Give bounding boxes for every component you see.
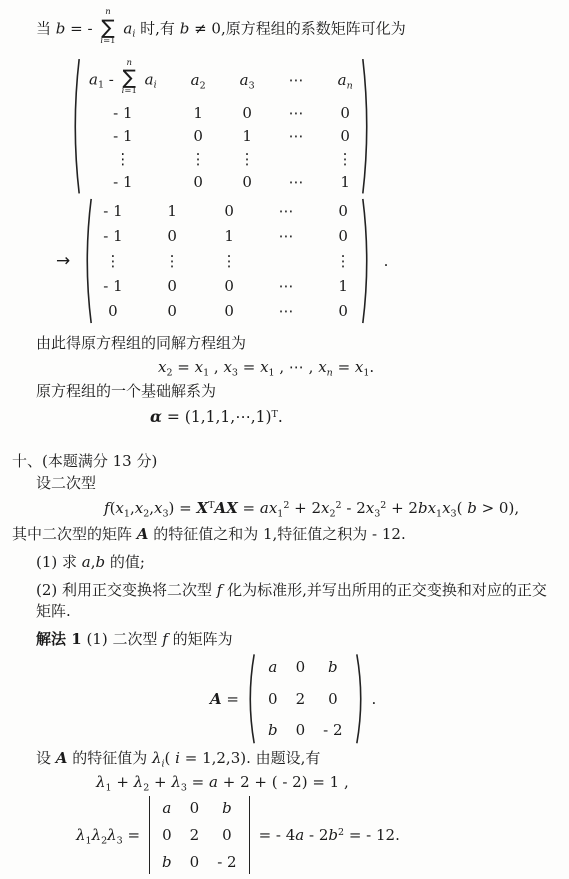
matrix-cell: ⋮ bbox=[165, 252, 180, 270]
matrix-original: a1 - n∑i=1 aia2a3⋯an- 110⋯0- 101⋯0⋮⋮⋮⋮- … bbox=[70, 57, 372, 196]
matrix-cell: 0 bbox=[190, 853, 200, 871]
equation-basis: α = (1,1,1,⋯,1)T. bbox=[150, 406, 557, 428]
solution-text: (1) 二次型 f 的矩阵为 bbox=[82, 630, 233, 648]
matrix-cell: - 2 bbox=[217, 853, 236, 871]
matrix-cell: 0 bbox=[296, 658, 306, 676]
scanned-math-page: 当 b = - n∑i=1 ai 时,有 b ≠ 0,原方程组的系数矩阵可化为 … bbox=[0, 0, 569, 874]
matrix-cell: a1 - n∑i=1 ai bbox=[89, 61, 157, 100]
matrix-cell: a3 bbox=[240, 71, 255, 89]
matrix-cell: 2 bbox=[296, 690, 306, 708]
matrix-cell: - 1 bbox=[103, 202, 122, 220]
matrix-cell: 0 bbox=[242, 173, 252, 191]
para-eigenvalues: 设 A 的特征值为 λi( i = 1,2,3). 由题设,有 bbox=[12, 748, 557, 770]
matrix-cell: 1 bbox=[224, 227, 234, 245]
matrix-reduced-cells: - 110⋯0- 101⋯0⋮⋮⋮⋮- 100⋯1000⋯0 bbox=[93, 197, 360, 325]
display-matrix-reduced: → - 110⋯0- 101⋯0⋮⋮⋮⋮- 100⋯1000⋯0 . bbox=[56, 197, 557, 325]
matrix-cell: 0 bbox=[167, 227, 177, 245]
matrix-reduced: - 110⋯0- 101⋯0⋮⋮⋮⋮- 100⋯1000⋯0 bbox=[82, 197, 371, 325]
matrix-cell: ⋮ bbox=[222, 252, 237, 270]
matrix-cell: - 1 bbox=[113, 173, 132, 191]
para-solution: 解法 1 (1) 二次型 f 的矩阵为 bbox=[12, 629, 557, 651]
matrix-cell: ⋮ bbox=[338, 150, 353, 168]
matrix-cell: 1 bbox=[338, 277, 348, 295]
matrix-cell: 0 bbox=[338, 227, 348, 245]
matrix-cell: 0 bbox=[193, 127, 203, 145]
matrix-cell: 0 bbox=[338, 202, 348, 220]
matrix-period: . bbox=[384, 252, 389, 270]
matrix-cell: 1 bbox=[242, 127, 252, 145]
matrix-cell: 0 bbox=[193, 173, 203, 191]
matrix-A-lhs: A = bbox=[210, 690, 239, 708]
matrix-original-cells: a1 - n∑i=1 aia2a3⋯an- 110⋯0- 101⋯0⋮⋮⋮⋮- … bbox=[81, 57, 361, 196]
matrix-A: a0b020b0- 2 bbox=[245, 653, 366, 745]
matrix-cell: 0 bbox=[167, 302, 177, 320]
matrix-cell: 0 bbox=[340, 104, 350, 122]
matrix-cell: 0 bbox=[340, 127, 350, 145]
matrix-cell: - 1 bbox=[113, 104, 132, 122]
para-part2: (2) 利用正交变换将二次型 f 化为标准形,并写出所用的正交变换和对应的正交矩… bbox=[12, 580, 557, 624]
matrix-cell: 0 bbox=[224, 277, 234, 295]
matrix-cell: ⋮ bbox=[191, 150, 206, 168]
matrix-cell: ⋯ bbox=[289, 173, 304, 191]
matrix-A-period: . bbox=[372, 690, 377, 708]
matrix-cell: b bbox=[328, 658, 338, 676]
matrix-cell: ⋯ bbox=[279, 227, 294, 245]
left-paren-icon bbox=[245, 653, 256, 745]
matrix-cell: 1 bbox=[340, 173, 350, 191]
matrix-cell: 0 bbox=[296, 721, 306, 739]
para-condition: 当 b = - n∑i=1 ai 时,有 b ≠ 0,原方程组的系数矩阵可化为 bbox=[12, 10, 557, 49]
eigen-product-lhs: λ1λ2λ3 = bbox=[76, 826, 140, 844]
matrix-cell: - 2 bbox=[323, 721, 342, 739]
left-paren-icon bbox=[82, 197, 93, 325]
matrix-cell: 0 bbox=[242, 104, 252, 122]
matrix-cell: a2 bbox=[191, 71, 206, 89]
matrix-A-cells: a0b020b0- 2 bbox=[256, 653, 355, 745]
matrix-cell: a bbox=[162, 799, 171, 817]
matrix-cell: an bbox=[338, 71, 353, 89]
matrix-cell: ⋮ bbox=[115, 150, 130, 168]
display-matrix-original: a1 - n∑i=1 aia2a3⋯an- 110⋯0- 101⋯0⋮⋮⋮⋮- … bbox=[70, 57, 557, 196]
matrix-cell: b bbox=[162, 853, 172, 871]
matrix-cell: 2 bbox=[190, 826, 200, 844]
matrix-cell: ⋯ bbox=[279, 202, 294, 220]
matrix-cell: 0 bbox=[222, 826, 232, 844]
matrix-cell: ⋮ bbox=[336, 252, 351, 270]
para-part1: (1) 求 a,b 的值; bbox=[12, 552, 557, 574]
matrix-cell: 0 bbox=[167, 277, 177, 295]
solution-label: 解法 1 bbox=[36, 630, 82, 648]
equation-quadratic-form: f(x1,x2,x3) = XTAX = ax12 + 2x22 - 2x32 … bbox=[104, 498, 557, 520]
right-paren-icon bbox=[361, 197, 372, 325]
matrix-cell: - 1 bbox=[103, 277, 122, 295]
para-basis: 原方程组的一个基础解系为 bbox=[12, 381, 557, 403]
display-eigen-product: λ1λ2λ3 = a0b020b0- 2 = - 4a - 2b2 = - 12… bbox=[76, 796, 557, 874]
matrix-cell: ⋮ bbox=[240, 150, 255, 168]
equation-equivalent: x2 = x1 , x3 = x1 , ⋯ , xn = x1. bbox=[158, 357, 557, 379]
matrix-cell: - 1 bbox=[103, 227, 122, 245]
matrix-cell: ⋯ bbox=[289, 71, 304, 89]
matrix-cell: - 1 bbox=[113, 127, 132, 145]
matrix-cell: 1 bbox=[193, 104, 203, 122]
matrix-cell: 0 bbox=[224, 202, 234, 220]
matrix-cell: ⋯ bbox=[289, 104, 304, 122]
display-matrix-A: A = a0b020b0- 2 . bbox=[210, 653, 557, 745]
matrix-cell: b bbox=[268, 721, 278, 739]
matrix-cell: 0 bbox=[328, 690, 338, 708]
matrix-cell: a bbox=[268, 658, 277, 676]
para-intro: 设二次型 bbox=[12, 473, 557, 495]
matrix-cell: ⋮ bbox=[105, 252, 120, 270]
right-paren-icon bbox=[355, 653, 366, 745]
para-given: 其中二次型的矩阵 A 的特征值之和为 1,特征值之积为 - 12. bbox=[12, 524, 557, 546]
matrix-cell: ⋯ bbox=[289, 127, 304, 145]
determinant-cells: a0b020b0- 2 bbox=[149, 796, 250, 874]
eigen-product-rhs: = - 4a - 2b2 = - 12. bbox=[259, 826, 400, 844]
matrix-cell: 0 bbox=[338, 302, 348, 320]
matrix-cell: ⋯ bbox=[279, 277, 294, 295]
left-paren-icon bbox=[70, 57, 81, 196]
para-equivalent-system: 由此得原方程组的同解方程组为 bbox=[12, 333, 557, 355]
matrix-cell: ⋯ bbox=[279, 302, 294, 320]
arrow-right-icon: → bbox=[56, 251, 70, 271]
matrix-cell: 0 bbox=[224, 302, 234, 320]
right-paren-icon bbox=[361, 57, 372, 196]
matrix-cell: 0 bbox=[162, 826, 172, 844]
equation-eigen-sum: λ1 + λ2 + λ3 = a + 2 + ( - 2) = 1 , bbox=[96, 772, 557, 794]
matrix-cell: 0 bbox=[268, 690, 278, 708]
matrix-cell: 1 bbox=[167, 202, 177, 220]
problem-heading: 十、(本题满分 13 分) bbox=[12, 451, 557, 473]
matrix-cell: 0 bbox=[190, 799, 200, 817]
matrix-cell: b bbox=[222, 799, 232, 817]
matrix-cell: 0 bbox=[108, 302, 118, 320]
